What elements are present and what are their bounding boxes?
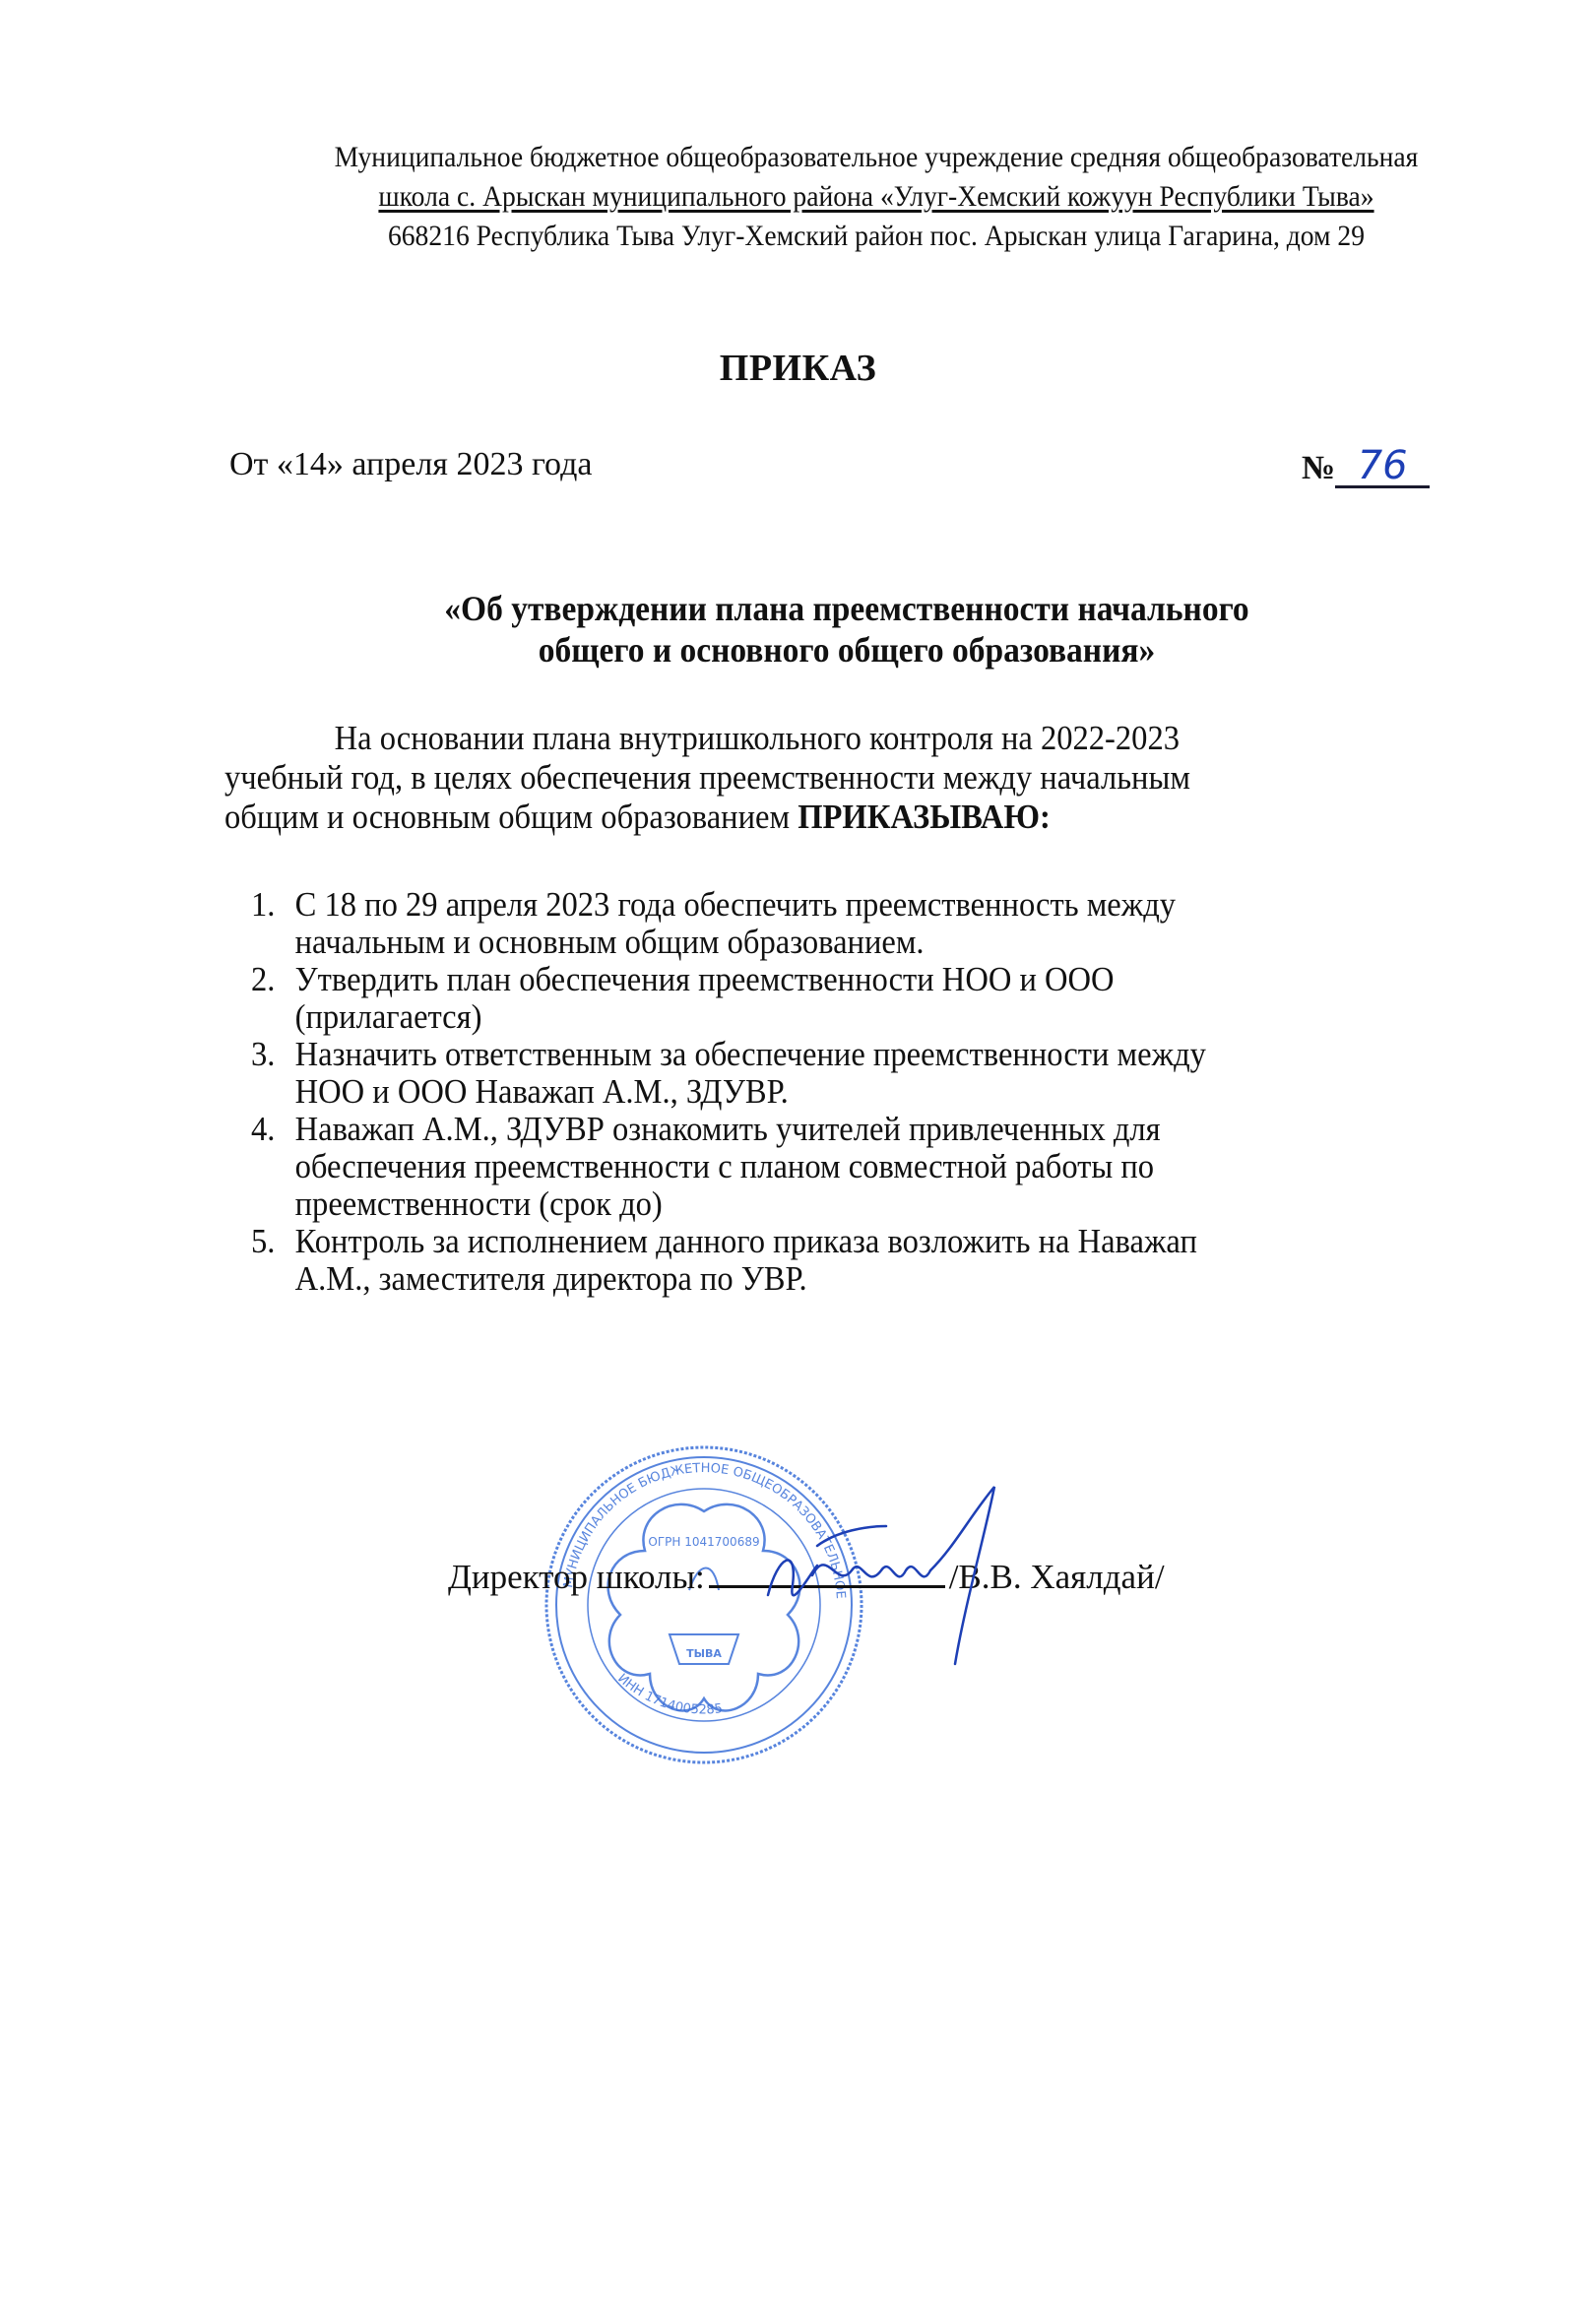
order-word: ПРИКАЗЫВАЮ: — [798, 798, 1051, 836]
order-item-text: С 18 по 29 апреля 2023 года обеспечить п… — [295, 886, 1350, 924]
order-item-text: обеспечения преемственности с планом сов… — [295, 1148, 1350, 1185]
organization-header: Муниципальное бюджетное общеобразователь… — [305, 138, 1446, 256]
preamble-line-2: учебный год, в целях обеспечения преемст… — [224, 758, 1351, 798]
preamble-line-1: На основании плана внутришкольного контр… — [335, 719, 1180, 757]
order-item: 1. С 18 по 29 апреля 2023 года обеспечит… — [251, 886, 1350, 961]
handwritten-number: 76 — [1335, 446, 1430, 488]
order-item-number: 2. — [251, 961, 295, 1036]
order-subject: «Об утверждении плана преемственности на… — [334, 588, 1360, 671]
order-item-text: преемственности (срок до) — [295, 1185, 1350, 1223]
preamble-line-3: общим и основным общим образованием — [224, 798, 790, 836]
order-date: От «14» апреля 2023 года — [229, 446, 592, 483]
order-item-number: 1. — [251, 886, 295, 961]
order-items: 1. С 18 по 29 апреля 2023 года обеспечит… — [251, 886, 1350, 1298]
order-number: №76 — [1302, 446, 1430, 488]
subject-line-1: «Об утверждении плана преемственности на… — [334, 588, 1360, 629]
order-item-text: (прилагается) — [295, 998, 1350, 1036]
order-item-text: НОО и ООО Наважап А.М., ЗДУВР. — [295, 1073, 1350, 1111]
document-type-title: ПРИКАЗ — [0, 347, 1596, 390]
svg-text:ОГРН 1041700689: ОГРН 1041700689 — [648, 1535, 759, 1549]
org-address: 668216 Республика Тыва Улуг-Хемский райо… — [305, 217, 1446, 256]
order-item-text: Утвердить план обеспечения преемственнос… — [295, 961, 1350, 998]
subject-line-2: общего и основного общего образования» — [334, 629, 1360, 671]
order-item-text: Контроль за исполнением данного приказа … — [295, 1223, 1350, 1260]
order-item-text: Наважап А.М., ЗДУВР ознакомить учителей … — [295, 1111, 1350, 1148]
org-name-line-1: Муниципальное бюджетное общеобразователь… — [305, 138, 1446, 177]
svg-text:ТЫВА: ТЫВА — [686, 1647, 722, 1660]
order-item: 4. Наважап А.М., ЗДУВР ознакомить учител… — [251, 1111, 1350, 1223]
order-item-number: 5. — [251, 1223, 295, 1298]
number-sign: № — [1302, 450, 1335, 486]
preamble: На основании плана внутришкольного контр… — [224, 719, 1351, 837]
handwritten-signature-icon — [758, 1477, 1034, 1674]
org-name-line-2: школа с. Арыскан муниципального района «… — [305, 177, 1446, 217]
order-item-number: 4. — [251, 1111, 295, 1223]
order-item-text: Назначить ответственным за обеспечение п… — [295, 1036, 1350, 1073]
order-item-text: А.М., заместителя директора по УВР. — [295, 1260, 1350, 1298]
signer-role: Директор школы: — [448, 1558, 705, 1596]
order-item: 2. Утвердить план обеспечения преемствен… — [251, 961, 1350, 1036]
order-item-number: 3. — [251, 1036, 295, 1111]
order-item: 5. Контроль за исполнением данного прика… — [251, 1223, 1350, 1298]
order-item-text: начальным и основным общим образованием. — [295, 924, 1350, 961]
svg-text:ИНН 1714005285: ИНН 1714005285 — [614, 1671, 723, 1717]
order-item: 3. Назначить ответственным за обеспечени… — [251, 1036, 1350, 1111]
